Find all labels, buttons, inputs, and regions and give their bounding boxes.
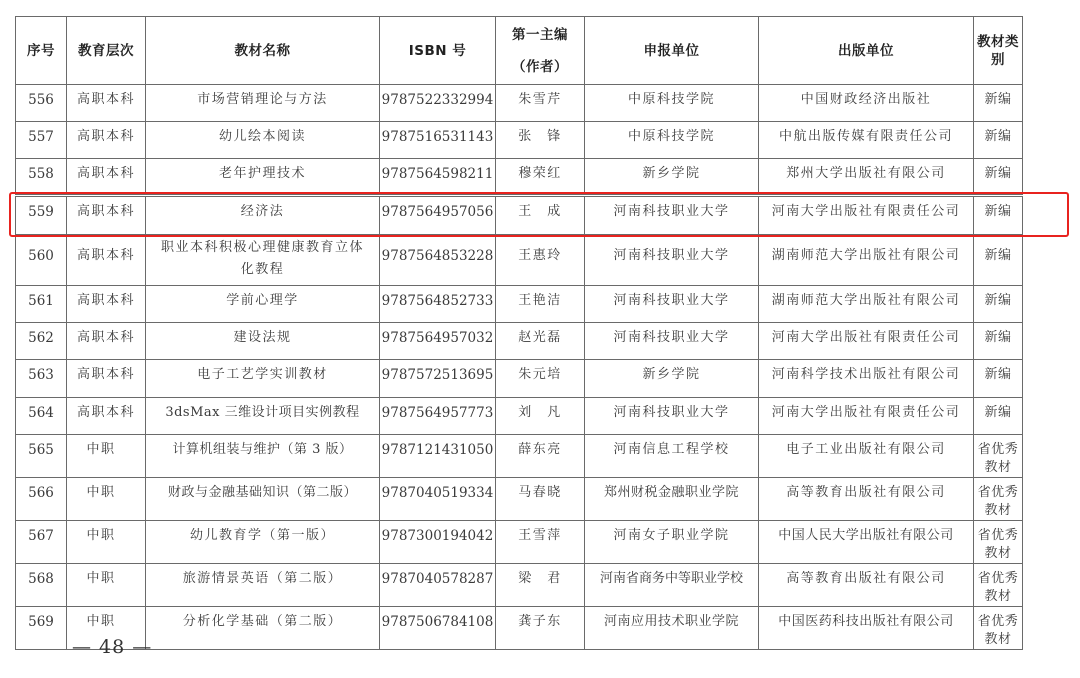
cell-textbook-title: 旅游情景英语（第二版） xyxy=(146,564,380,607)
cell-publisher: 河南科学技术出版社有限公司 xyxy=(759,360,974,398)
cell-applicant-unit: 河南省商务中等职业学校 xyxy=(585,564,759,607)
cell-chief-editor: 朱雪芹 xyxy=(496,85,585,122)
cell-category: 新编 xyxy=(974,360,1023,398)
cell-category: 新编 xyxy=(974,196,1023,236)
cell-serial-no: 566 xyxy=(16,478,67,521)
cell-chief-editor: 朱元培 xyxy=(496,360,585,398)
cell-chief-editor: 梁 君 xyxy=(496,564,585,607)
cell-isbn: 9787564957056 xyxy=(380,196,496,236)
header-chief-editor-line2: （作者） xyxy=(496,58,584,76)
cell-education-level: 中职 xyxy=(67,435,146,478)
cell-publisher: 中航出版传媒有限责任公司 xyxy=(759,122,974,159)
cell-chief-editor: 刘 凡 xyxy=(496,398,585,435)
cell-publisher: 中国人民大学出版社有限公司 xyxy=(759,521,974,564)
cell-applicant-unit: 中原科技学院 xyxy=(585,122,759,159)
cell-publisher: 中国医药科技出版社有限公司 xyxy=(759,607,974,650)
cell-publisher: 河南大学出版社有限责任公司 xyxy=(759,323,974,360)
cell-applicant-unit: 河南科技职业大学 xyxy=(585,236,759,286)
cell-applicant-unit: 河南科技职业大学 xyxy=(585,286,759,323)
cell-textbook-title: 电子工艺学实训教材 xyxy=(146,360,380,398)
cell-category: 新编 xyxy=(974,122,1023,159)
header-publisher: 出版单位 xyxy=(759,17,974,85)
cell-isbn: 9787572513695 xyxy=(380,360,496,398)
cell-serial-no: 558 xyxy=(16,159,67,196)
header-chief-editor: 第一主编 （作者） xyxy=(496,17,585,85)
page-number: — 48 — xyxy=(72,636,152,658)
cell-textbook-title: 经济法 xyxy=(146,196,380,236)
table-row: 563 高职本科 电子工艺学实训教材 9787572513695 朱元培 新乡学… xyxy=(16,360,1023,398)
cell-education-level: 高职本科 xyxy=(67,323,146,360)
cell-chief-editor: 王雪萍 xyxy=(496,521,585,564)
cell-isbn: 9787564957773 xyxy=(380,398,496,435)
table-row: 567 中职 幼儿教育学（第一版） 9787300194042 王雪萍 河南女子… xyxy=(16,521,1023,564)
cell-applicant-unit: 河南科技职业大学 xyxy=(585,398,759,435)
cell-applicant-unit: 河南科技职业大学 xyxy=(585,196,759,236)
cell-textbook-title: 幼儿教育学（第一版） xyxy=(146,521,380,564)
cell-education-level: 中职 xyxy=(67,478,146,521)
cell-applicant-unit: 河南信息工程学校 xyxy=(585,435,759,478)
cell-publisher: 高等教育出版社有限公司 xyxy=(759,564,974,607)
cell-applicant-unit: 郑州财税金融职业学院 xyxy=(585,478,759,521)
cell-isbn: 9787040578287 xyxy=(380,564,496,607)
cell-serial-no: 569 xyxy=(16,607,67,650)
cell-education-level: 高职本科 xyxy=(67,398,146,435)
cell-serial-no: 561 xyxy=(16,286,67,323)
cell-chief-editor: 王惠玲 xyxy=(496,236,585,286)
cell-chief-editor: 薛东亮 xyxy=(496,435,585,478)
cell-chief-editor: 张 锋 xyxy=(496,122,585,159)
cell-publisher: 高等教育出版社有限公司 xyxy=(759,478,974,521)
cell-category: 新编 xyxy=(974,398,1023,435)
cell-chief-editor: 马春晓 xyxy=(496,478,585,521)
cell-serial-no: 568 xyxy=(16,564,67,607)
cell-category: 省优秀教材 xyxy=(974,435,1023,478)
cell-textbook-title: 职业本科积极心理健康教育立体 化教程 xyxy=(146,236,380,286)
cell-serial-no: 560 xyxy=(16,236,67,286)
table-row: 565 中职 计算机组装与维护（第 3 版） 9787121431050 薛东亮… xyxy=(16,435,1023,478)
header-applicant-unit: 申报单位 xyxy=(585,17,759,85)
cell-isbn: 9787040519334 xyxy=(380,478,496,521)
cell-isbn: 9787564853228 xyxy=(380,236,496,286)
cell-isbn: 9787506784108 xyxy=(380,607,496,650)
cell-chief-editor: 王艳洁 xyxy=(496,286,585,323)
cell-isbn: 9787121431050 xyxy=(380,435,496,478)
cell-publisher: 湖南师范大学出版社有限公司 xyxy=(759,286,974,323)
cell-textbook-title: 3dsMax 三维设计项目实例教程 xyxy=(146,398,380,435)
header-textbook-title: 教材名称 xyxy=(146,17,380,85)
header-education-level: 教育层次 xyxy=(67,17,146,85)
cell-textbook-title: 老年护理技术 xyxy=(146,159,380,196)
cell-publisher: 郑州大学出版社有限公司 xyxy=(759,159,974,196)
header-chief-editor-line1: 第一主编 xyxy=(512,27,568,43)
cell-textbook-title: 建设法规 xyxy=(146,323,380,360)
textbook-list-table: 序号 教育层次 教材名称 ISBN 号 第一主编 （作者） 申报单位 出版单位 … xyxy=(15,16,1023,650)
cell-serial-no: 565 xyxy=(16,435,67,478)
cell-publisher: 湖南师范大学出版社有限公司 xyxy=(759,236,974,286)
table-row: 556 高职本科 市场营销理论与方法 9787522332994 朱雪芹 中原科… xyxy=(16,85,1023,122)
header-serial-no: 序号 xyxy=(16,17,67,85)
cell-category: 新编 xyxy=(974,85,1023,122)
cell-serial-no: 563 xyxy=(16,360,67,398)
cell-applicant-unit: 新乡学院 xyxy=(585,360,759,398)
cell-serial-no: 562 xyxy=(16,323,67,360)
cell-education-level: 高职本科 xyxy=(67,236,146,286)
cell-textbook-title-line1: 职业本科积极心理健康教育立体 xyxy=(146,237,379,259)
table-row: 564 高职本科 3dsMax 三维设计项目实例教程 9787564957773… xyxy=(16,398,1023,435)
cell-textbook-title: 学前心理学 xyxy=(146,286,380,323)
cell-category: 新编 xyxy=(974,323,1023,360)
cell-serial-no: 557 xyxy=(16,122,67,159)
table-row: 569 中职 分析化学基础（第二版） 9787506784108 龚子东 河南应… xyxy=(16,607,1023,650)
cell-applicant-unit: 新乡学院 xyxy=(585,159,759,196)
table-row: 560 高职本科 职业本科积极心理健康教育立体 化教程 978756485322… xyxy=(16,236,1023,286)
cell-isbn: 9787564598211 xyxy=(380,159,496,196)
table-row: 566 中职 财政与金融基础知识（第二版） 9787040519334 马春晓 … xyxy=(16,478,1023,521)
table-row: 561 高职本科 学前心理学 9787564852733 王艳洁 河南科技职业大… xyxy=(16,286,1023,323)
cell-textbook-title: 财政与金融基础知识（第二版） xyxy=(146,478,380,521)
cell-publisher: 中国财政经济出版社 xyxy=(759,85,974,122)
table-row: 562 高职本科 建设法规 9787564957032 赵光磊 河南科技职业大学… xyxy=(16,323,1023,360)
header-category: 教材类别 xyxy=(974,17,1023,85)
cell-applicant-unit: 河南应用技术职业学院 xyxy=(585,607,759,650)
cell-category: 新编 xyxy=(974,286,1023,323)
cell-publisher: 河南大学出版社有限责任公司 xyxy=(759,196,974,236)
cell-chief-editor: 王 成 xyxy=(496,196,585,236)
cell-textbook-title: 分析化学基础（第二版） xyxy=(146,607,380,650)
cell-category: 省优秀教材 xyxy=(974,564,1023,607)
cell-publisher: 电子工业出版社有限公司 xyxy=(759,435,974,478)
cell-category: 省优秀教材 xyxy=(974,478,1023,521)
cell-chief-editor: 龚子东 xyxy=(496,607,585,650)
cell-textbook-title: 计算机组装与维护（第 3 版） xyxy=(146,435,380,478)
cell-education-level: 高职本科 xyxy=(67,286,146,323)
cell-category: 新编 xyxy=(974,236,1023,286)
header-isbn: ISBN 号 xyxy=(380,17,496,85)
cell-category: 新编 xyxy=(974,159,1023,196)
cell-isbn: 9787564852733 xyxy=(380,286,496,323)
cell-textbook-title: 市场营销理论与方法 xyxy=(146,85,380,122)
cell-serial-no: 556 xyxy=(16,85,67,122)
cell-education-level: 高职本科 xyxy=(67,159,146,196)
cell-applicant-unit: 河南科技职业大学 xyxy=(585,323,759,360)
cell-textbook-title: 幼儿绘本阅读 xyxy=(146,122,380,159)
cell-textbook-title-line2: 化教程 xyxy=(146,259,379,281)
table-row: 558 高职本科 老年护理技术 9787564598211 穆荣红 新乡学院 郑… xyxy=(16,159,1023,196)
cell-education-level: 中职 xyxy=(67,564,146,607)
textbook-list-table-container: 序号 教育层次 教材名称 ISBN 号 第一主编 （作者） 申报单位 出版单位 … xyxy=(15,16,1023,650)
cell-isbn: 9787564957032 xyxy=(380,323,496,360)
table-row-highlighted: 559 高职本科 经济法 9787564957056 王 成 河南科技职业大学 … xyxy=(16,196,1023,236)
cell-education-level: 高职本科 xyxy=(67,122,146,159)
cell-category: 省优秀教材 xyxy=(974,521,1023,564)
cell-serial-no: 559 xyxy=(16,196,67,236)
cell-isbn: 9787516531143 xyxy=(380,122,496,159)
cell-isbn: 9787522332994 xyxy=(380,85,496,122)
table-row: 568 中职 旅游情景英语（第二版） 9787040578287 梁 君 河南省… xyxy=(16,564,1023,607)
cell-education-level: 高职本科 xyxy=(67,360,146,398)
cell-applicant-unit: 河南女子职业学院 xyxy=(585,521,759,564)
cell-isbn: 9787300194042 xyxy=(380,521,496,564)
cell-publisher: 河南大学出版社有限责任公司 xyxy=(759,398,974,435)
cell-chief-editor: 赵光磊 xyxy=(496,323,585,360)
cell-category: 省优秀教材 xyxy=(974,607,1023,650)
cell-chief-editor: 穆荣红 xyxy=(496,159,585,196)
cell-serial-no: 564 xyxy=(16,398,67,435)
cell-education-level: 高职本科 xyxy=(67,85,146,122)
cell-serial-no: 567 xyxy=(16,521,67,564)
cell-applicant-unit: 中原科技学院 xyxy=(585,85,759,122)
table-header-row: 序号 教育层次 教材名称 ISBN 号 第一主编 （作者） 申报单位 出版单位 … xyxy=(16,17,1023,85)
table-row: 557 高职本科 幼儿绘本阅读 9787516531143 张 锋 中原科技学院… xyxy=(16,122,1023,159)
cell-education-level: 中职 xyxy=(67,521,146,564)
cell-education-level: 高职本科 xyxy=(67,196,146,236)
